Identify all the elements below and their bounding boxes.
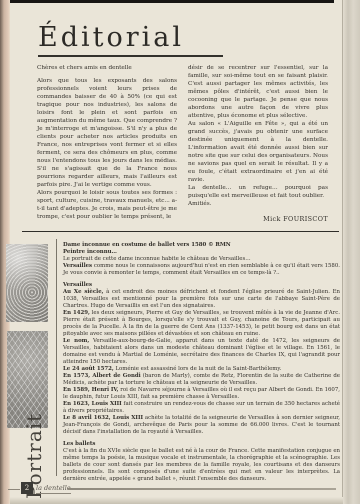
portrait-article: Dame inconnue en costume de ballet vers … xyxy=(63,242,340,483)
history-date: En 1623, Louis XIII xyxy=(63,401,122,407)
page-number: 2 xyxy=(25,484,29,492)
caption-painter: Peintre inconnu… xyxy=(63,249,340,256)
history-entry: En 1429, les deux seigneurs, Pierre et G… xyxy=(63,310,340,338)
history-date: En 1573, Albert de Gondi xyxy=(63,373,141,379)
footer-left-dash xyxy=(8,489,20,490)
page-title: Éditorial xyxy=(38,22,184,53)
section-divider xyxy=(22,231,339,232)
scan-top-edge xyxy=(6,0,334,3)
editorial-paragraph: Alors que tous les exposants des salons … xyxy=(37,77,177,189)
history-text: à cet endroit des moines défrichent et f… xyxy=(63,289,340,309)
magazine-name: la dentelle xyxy=(36,484,71,494)
caption-title: Dame inconnue en costume de ballet vers … xyxy=(63,242,340,249)
versailles-heading: Versailles xyxy=(63,282,340,289)
editorial-paragraph: désir de se recentrer sur l'essentiel, s… xyxy=(188,64,328,120)
history-entry: Le nom, Versaille-aux-bourg-de-Galie, ap… xyxy=(63,338,340,366)
editorial-paragraph: Au salon « L'Aiguille en Fête », qui a é… xyxy=(188,120,328,184)
editorial-left-column: Chères et chers amis en dentelle Alors q… xyxy=(37,64,177,221)
lace-photo-top xyxy=(6,244,48,322)
history-entry: Au Xe siècle, à cet endroit des moines d… xyxy=(63,289,340,310)
ballets-heading: Les ballets xyxy=(63,441,340,448)
intro-text: comme nous le connaissons aujourd'hui n'… xyxy=(63,263,340,276)
history-text: les deux seigneurs, Pierre et Guy de Ver… xyxy=(63,310,340,337)
page-number-badge: 2 xyxy=(21,482,33,494)
history-entry: Le 24 août 1572, Loménie est assassiné l… xyxy=(63,366,340,373)
title-underline xyxy=(38,55,223,57)
history-date: En 1589, Henri IV, xyxy=(63,387,119,393)
portrait-intro: Versailles comme nous le connaissons auj… xyxy=(63,263,340,277)
salutation: Chères et chers amis en dentelle xyxy=(37,64,177,72)
history-date: Le nom, xyxy=(63,338,89,344)
ballets-paragraph: C'est à la fin du XVIe siècle que le bal… xyxy=(63,448,340,483)
history-date: En 1429, xyxy=(63,310,90,316)
page-bottom-edge xyxy=(10,497,343,504)
footer-rule xyxy=(68,488,336,490)
history-entry: Le 8 avril 1632, Louis XIII achète la to… xyxy=(63,415,340,436)
portrait-intro: Le portrait de cette dame inconnue habit… xyxy=(63,256,340,263)
editorial-paragraph: Alors pourquoi le loisir sous toutes ses… xyxy=(37,189,177,221)
history-entry: En 1623, Louis XIII fait construire un r… xyxy=(63,401,340,415)
editorial-paragraph: Amitiés. xyxy=(188,200,328,208)
history-text: Loménie est assassiné lors de la nuit de… xyxy=(114,366,282,372)
intro-lead: Versailles xyxy=(63,263,92,269)
editorial-right-column: désir de se recentrer sur l'essentiel, s… xyxy=(188,64,328,223)
history-date: Le 8 avril 1632, Louis XIII xyxy=(63,415,143,421)
history-date: Le 24 août 1572, xyxy=(63,366,114,372)
history-entry: En 1589, Henri IV, roi de Navarre séjour… xyxy=(63,387,340,401)
history-entry: En 1573, Albert de Gondi (baron de Marly… xyxy=(63,373,340,387)
author-signature: Mick FOURISCOT xyxy=(188,215,328,223)
editorial-paragraph: La dentelle… un refuge… pourquoi pas pui… xyxy=(188,184,328,200)
history-date: Au Xe siècle, xyxy=(63,289,104,295)
history-text: Versaille-aux-bourg-de-Galie, apparut da… xyxy=(63,338,340,365)
portrait-vertical-rule xyxy=(56,239,57,476)
page-right-edge xyxy=(342,0,360,504)
magazine-page: Éditorial Chères et chers amis en dentel… xyxy=(0,0,360,504)
